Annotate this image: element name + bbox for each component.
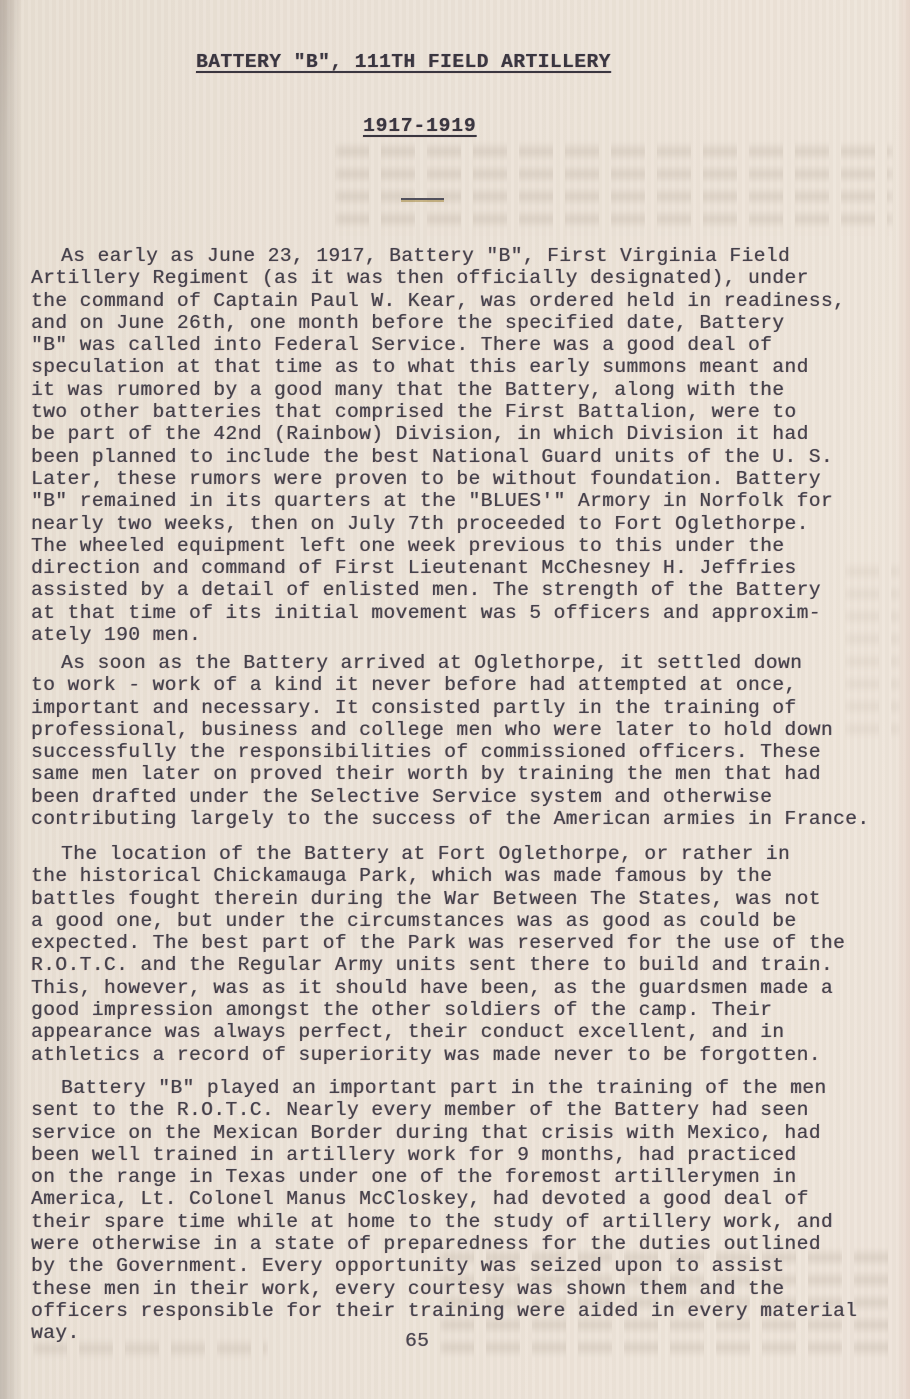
- document-date-range: 1917-1919: [363, 114, 476, 138]
- document-title: BATTERY "B", 111TH FIELD ARTILLERY: [196, 50, 611, 74]
- body-paragraph-3: The location of the Battery at Fort Ogle…: [31, 843, 903, 1066]
- left-gutter-shadow: [0, 0, 22, 1399]
- body-paragraph-1: As early as June 23, 1917, Battery "B", …: [31, 245, 903, 646]
- scanned-document-page: BATTERY "B", 111TH FIELD ARTILLERY 1917-…: [0, 0, 910, 1399]
- body-paragraph-4: Battery "B" played an important part in …: [31, 1077, 903, 1345]
- page-number: 65: [405, 1330, 429, 1352]
- body-paragraph-2: As soon as the Battery arrived at Ogleth…: [31, 652, 903, 830]
- bleed-through-smudge-top: [335, 140, 893, 236]
- divider-dash: [401, 198, 444, 200]
